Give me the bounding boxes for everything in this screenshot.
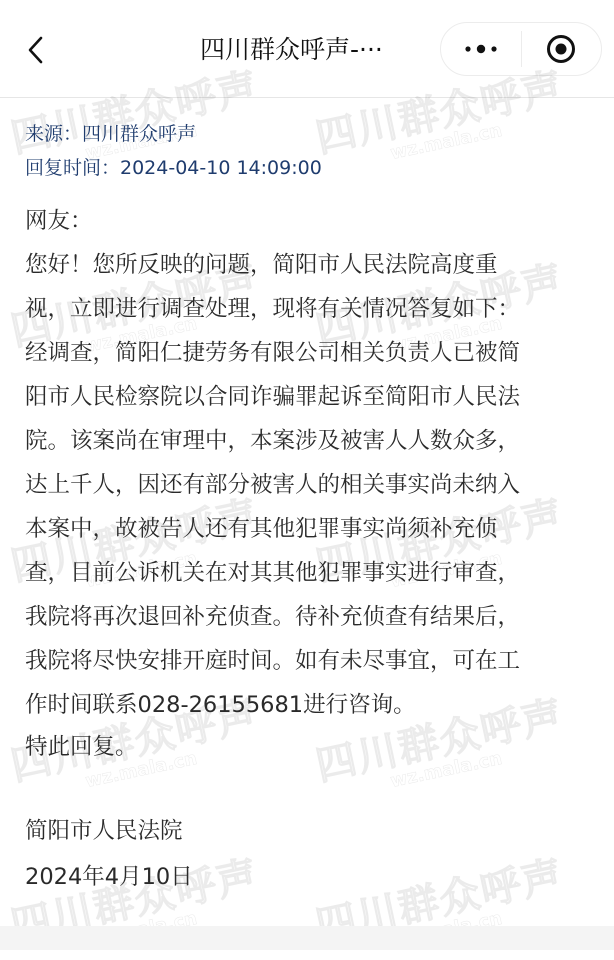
page-title: 四川群众呼声-··· bbox=[200, 30, 420, 70]
target-circle-icon bbox=[545, 33, 577, 65]
body-line: 达上千人，因还有部分被害人的相关事实尚未纳入 bbox=[25, 463, 595, 507]
source-label: 来源：四川群众呼声 bbox=[25, 119, 196, 149]
page-bottom-edge bbox=[0, 950, 614, 960]
closing-line: 特此回复。 bbox=[25, 727, 595, 767]
body-line: 您好！您所反映的问题，简阳市人民法院高度重 bbox=[25, 243, 595, 287]
top-navigation-bar: 四川群众呼声-··· bbox=[0, 0, 614, 98]
body-line: 我院将再次退回补充侦查。待补充侦查有结果后， bbox=[25, 595, 595, 639]
close-mini-program-button[interactable] bbox=[522, 23, 602, 75]
chevron-left-icon bbox=[26, 35, 44, 65]
reply-article: 四川群众呼声wz.mala.cn 四川群众呼声wz.mala.cn 四川群众呼声… bbox=[0, 99, 614, 925]
body-line: 阳市人民检察院以合同诈骗罪起诉至简阳市人民法 bbox=[25, 375, 595, 419]
body-line: 我院将尽快安排开庭时间。如有未尽事宜，可在工 bbox=[25, 639, 595, 683]
reply-body: 网友： 您好！您所反映的问题，简阳市人民法院高度重 视，立即进行调查处理，现将有… bbox=[25, 199, 595, 767]
body-line-phone: 作时间联系028-26155681进行咨询。 bbox=[25, 683, 595, 727]
body-line: 院。该案尚在审理中，本案涉及被害人人数众多， bbox=[25, 419, 595, 463]
greeting: 网友： bbox=[25, 199, 595, 243]
signature-date: 2024年4月10日 bbox=[25, 857, 193, 897]
more-dots-icon bbox=[463, 43, 499, 55]
body-line: 本案中，故被告人还有其他犯罪事实尚须补充侦 bbox=[25, 507, 595, 551]
reply-time-label: 回复时间：2024-04-10 14:09:00 bbox=[25, 153, 322, 183]
body-line: 经调查，简阳仁捷劳务有限公司相关负责人已被简 bbox=[25, 331, 595, 375]
body-line: 查，目前公诉机关在对其其他犯罪事实进行审查， bbox=[25, 551, 595, 595]
bottom-divider-bar bbox=[0, 926, 614, 950]
signature-organization: 简阳市人民法院 bbox=[25, 811, 183, 851]
body-line: 视，立即进行调查处理，现将有关情况答复如下： bbox=[25, 287, 595, 331]
back-button[interactable] bbox=[20, 32, 50, 68]
more-options-button[interactable] bbox=[441, 23, 521, 75]
mini-program-capsule bbox=[440, 22, 602, 76]
